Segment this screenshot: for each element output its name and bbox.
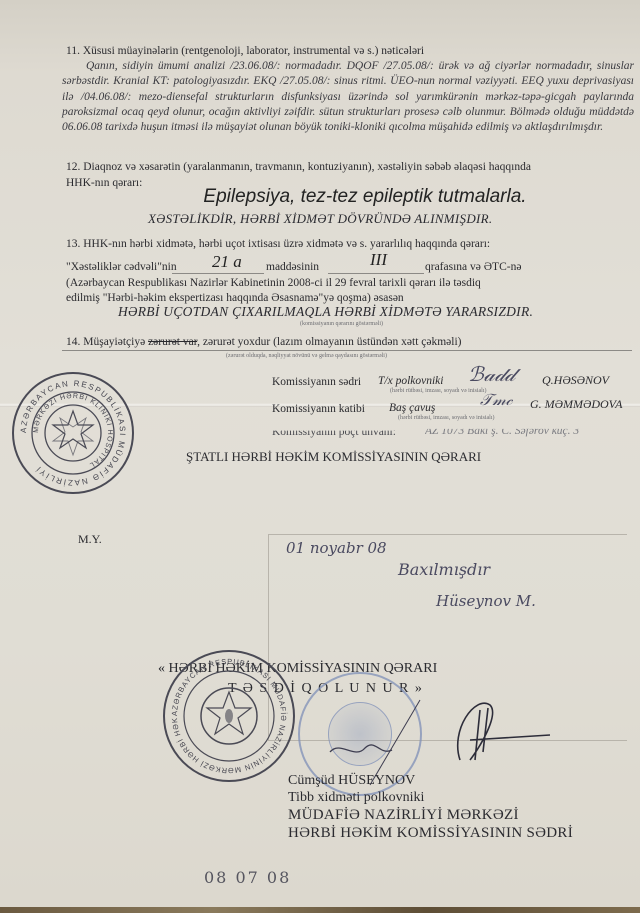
chair-label: Komissiyanın sədri [272, 375, 361, 389]
chair-signature: ℬ𝒶𝒹𝒹 [468, 362, 515, 386]
struck-option: zərurət var [148, 336, 197, 348]
article-underline [172, 273, 264, 274]
handwritten-date: 08 07 08 [204, 868, 291, 887]
section-13-tail-1: (Azərbaycan Respublikası Nazirlər Kabine… [66, 276, 481, 290]
signatory-org-1: MÜDAFİƏ NAZİRLİYİ MƏRKƏZİ [288, 807, 519, 823]
section-11-body: Qanın, sidiyin ümumi analizi /23.06.08/:… [62, 59, 634, 135]
staff-commission-title: ŞTATLI HƏRBİ HƏKİM KOMİSSİYASININ QƏRARI [186, 449, 481, 465]
column-label: qrafasına və ƏTC-nə [425, 260, 521, 274]
secretary-name: G. MƏMMƏDOVA [530, 397, 622, 411]
secretary-signature: 𝒯𝓂𝒸 [480, 390, 512, 410]
document-page: 11. Xüsusi müayinələrin (rentgenoloji, l… [0, 0, 640, 913]
section-13-tail-2: edilmiş "Hərbi-həkim ekspertizası haqqın… [66, 291, 404, 305]
section-14-caption: (zərurət olduqda, nəqliyyat növünü və ge… [226, 353, 387, 359]
diagnosis: Epilepsiya, tez-tez epileptik tutmalarla… [0, 186, 640, 208]
section-13-heading: 13. HHK-nın hərbi xidmətə, hərbi uçot ix… [66, 237, 490, 251]
seal-place-label: M.Y. [78, 532, 102, 546]
article-value: 21 a [212, 252, 242, 272]
section-14: 14. Müşayiətçiyə zərurət var, zərurət yo… [66, 335, 462, 349]
secretary-label: Komissiyanın katibi [272, 402, 365, 416]
causal-link: XƏSTƏLİKDİR, HƏRBİ XİDMƏT DÖVRÜNDƏ ALINM… [148, 211, 492, 227]
column-value: III [370, 250, 387, 270]
article-label: maddəsinin [266, 260, 319, 274]
decision-caption: (komissiyanın qərarını göstərməli) [300, 321, 383, 327]
note-signer: Hüseynov M. [436, 592, 536, 610]
chair-caption: (hərbi rütbəsi, imzası, soyadı və inisia… [390, 388, 486, 394]
table-surface-edge [0, 907, 640, 913]
fitness-decision: HƏRBİ UÇOTDAN ÇIXARILMAQLA HƏRBİ XİDMƏTƏ… [118, 304, 533, 320]
chair-name: Q.HƏSƏNOV [542, 373, 609, 387]
signatory-org-2: HƏRBİ HƏKİM KOMİSSİYASININ SƏDRİ [288, 825, 573, 841]
secretary-rank: Baş çavuş [389, 401, 435, 415]
commission-stamp: AZƏRBAYCAN RESPUBLİKASI MÜDAFİƏ NAZİRLİY… [163, 650, 295, 782]
signatory-name: Cümşüd HÜSEYNOV [288, 773, 415, 789]
chair-rank: T/x polkovniki [378, 374, 443, 388]
signatory-rank: Tibb xidməti polkovniki [288, 790, 424, 806]
note-reviewed: Baxılmışdır [398, 560, 490, 579]
address-label: Komissiyanın poçt ünvanı: [272, 425, 396, 439]
section-11-heading: 11. Xüsusi müayinələrin (rentgenoloji, l… [66, 44, 424, 58]
address-value: AZ 1073 Bakı ş. C. Səfərov küç. 3 [425, 424, 579, 438]
column-underline [328, 273, 424, 274]
section-12-heading: 12. Diaqnoz və xəsarətin (yaralanmanın, … [66, 160, 531, 174]
cedvel-label: "Xəstəliklər cədvəli"nin [66, 260, 177, 274]
note-date: 01 noyabr 08 [286, 539, 387, 557]
secretary-caption: (hərbi rütbəsi, imzası, soyadı və inisia… [398, 415, 494, 421]
section-14-underline [62, 350, 632, 351]
hospital-stamp: AZƏRBAYCAN RESPUBLİKASI MÜDAFİƏ NAZİRLİY… [12, 372, 134, 494]
